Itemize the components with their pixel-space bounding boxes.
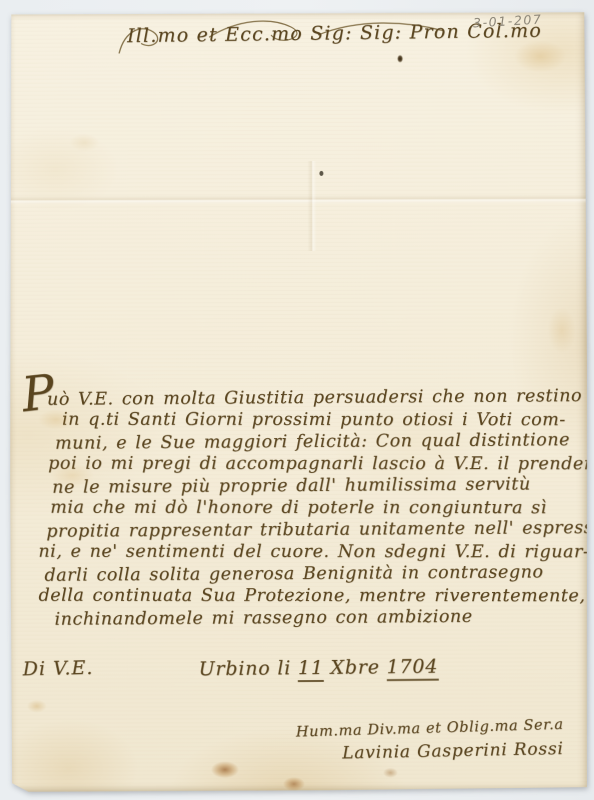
letter-paper-wrap: Ill.mo et Ecc.mo Sig: Sig: Pron Col.mo 3… [9, 12, 588, 792]
foxing-spot [27, 700, 47, 713]
dateline-month: Xbre [324, 656, 387, 679]
salutation-line: Ill.mo et Ecc.mo Sig: Sig: Pron Col.mo [127, 21, 457, 47]
body-line: uò V.E. con molta Giustitia persuadersi … [47, 385, 574, 411]
stain [211, 761, 239, 778]
dateline-place: Urbino li [199, 657, 298, 680]
body-line: ne le misure più proprie dall' humilissi… [52, 473, 574, 499]
body-line: propitia rappresentar tributaria unitame… [46, 517, 574, 543]
body-line: mia che mi dò l'honore di poterle in con… [50, 497, 574, 519]
paper-speck [319, 171, 323, 176]
dateline-year: 1704 [387, 656, 439, 682]
body-line: della continuata Sua Protezione, mentre … [38, 585, 574, 607]
body-line: muni, e le Sue maggiori felicità: Con qu… [55, 429, 574, 455]
ink-blot [397, 55, 403, 63]
scan-background: { "scan": { "catalog_number": "3-01-207"… [0, 0, 594, 800]
fold-crease-vertical [307, 161, 316, 251]
fold-crease-horizontal [9, 194, 586, 205]
dateline: Urbino li 11 Xbre 1704 [199, 656, 439, 681]
stain [383, 768, 398, 778]
letter-paper: Ill.mo et Ecc.mo Sig: Sig: Pron Col.mo 3… [9, 12, 588, 792]
letter-body: uò V.E. con molta Giustitia persuadersi … [26, 386, 575, 629]
closing-abbreviation: Di V.E. [22, 657, 93, 680]
body-line: poi io mi pregi di accompagnarli lascio … [48, 453, 574, 475]
foxing-spot [514, 40, 566, 72]
signature-name: Lavinia Gasperini Rossi [296, 739, 564, 764]
body-line: inchinandomele mi rassegno con ambizione [54, 605, 574, 631]
dateline-day: 11 [298, 657, 324, 682]
foxing-spot [69, 134, 99, 152]
body-line: darli colla solita generosa Benignità in… [44, 561, 574, 587]
stain [283, 777, 305, 791]
signature-titles: Hum.ma Div.ma et Oblig.ma Ser.a [296, 717, 564, 741]
foxing-spot [548, 307, 576, 353]
body-line: ni, e ne' sentimenti del cuore. Non sdeg… [38, 541, 574, 563]
signature-block: Hum.ma Div.ma et Oblig.ma Ser.a Lavinia … [296, 720, 564, 762]
body-line: in q.ti Santi Giorni prossimi punto otio… [62, 409, 574, 431]
